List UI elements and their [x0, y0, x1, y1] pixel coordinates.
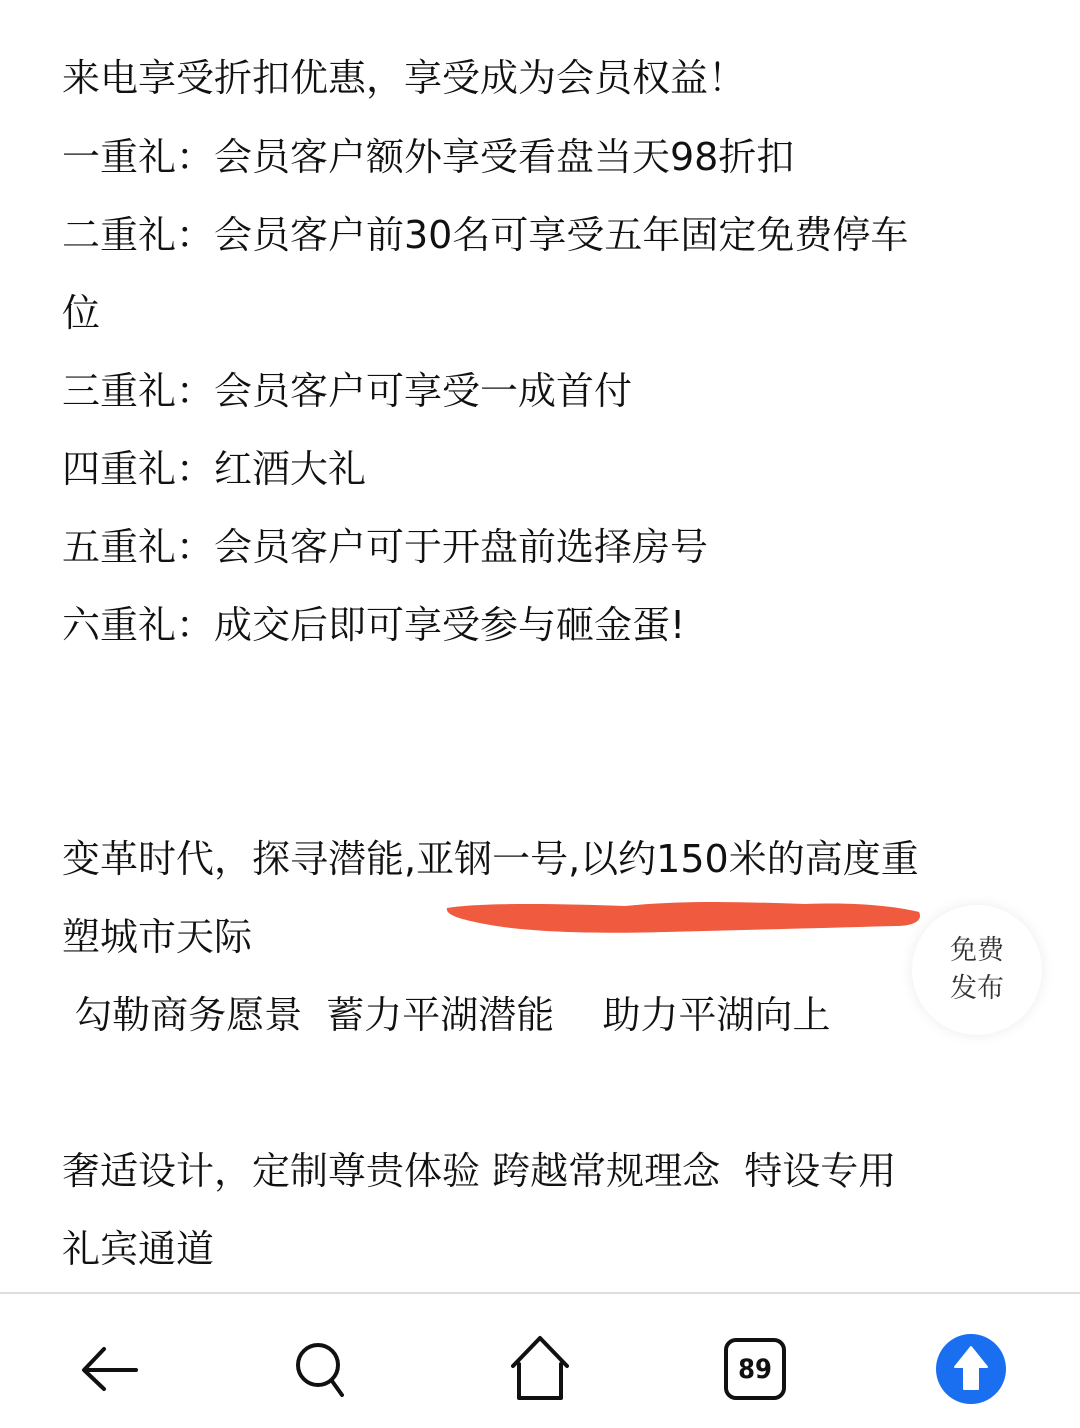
gift-2-line-cont: 位: [62, 289, 100, 337]
search-icon: [290, 1337, 354, 1401]
free-post-label-line2: 发布: [950, 970, 1004, 1008]
project-intro-line: 变革时代，探寻潜能,亚钢一号,以约150米的高度重: [62, 835, 919, 883]
article-content: 来电享受折扣优惠，享受成为会员权益！ 一重礼：会员客户额外享受看盘当天98折扣 …: [0, 0, 1080, 1292]
red-annotation-scribble: [445, 898, 923, 938]
gift-2-line: 二重礼：会员客户前30名可享受五年固定免费停车: [62, 211, 908, 259]
home-icon: [505, 1334, 575, 1404]
home-button[interactable]: [495, 1324, 585, 1414]
bottom-navigation-bar: 89: [0, 1294, 1080, 1428]
tabs-count: 89: [724, 1338, 786, 1400]
search-button[interactable]: [277, 1324, 367, 1414]
scroll-to-top-button[interactable]: [926, 1324, 1016, 1414]
arrow-up-icon: [935, 1333, 1007, 1405]
tabs-button[interactable]: 89: [710, 1324, 800, 1414]
gift-5-line: 五重礼：会员客户可于开盘前选择房号: [62, 523, 708, 571]
free-post-button[interactable]: 免费 发布: [912, 905, 1042, 1035]
gift-6-line: 六重礼：成交后即可享受参与砸金蛋!: [62, 601, 685, 649]
back-arrow-icon: [76, 1337, 140, 1401]
design-line: 奢适设计，定制尊贵体验 跨越常规理念 特设专用: [62, 1147, 896, 1195]
gift-1-line: 一重礼：会员客户额外享受看盘当天98折扣: [62, 133, 794, 181]
free-post-label-line1: 免费: [950, 932, 1004, 970]
design-line-cont: 礼宾通道: [62, 1225, 214, 1273]
gift-3-line: 三重礼：会员客户可享受一成首付: [62, 367, 632, 415]
project-intro-line-cont: 塑城市天际: [62, 913, 252, 961]
gift-4-line: 四重礼：红酒大礼: [62, 445, 366, 493]
intro-line: 来电享受折扣优惠，享受成为会员权益！: [62, 54, 746, 102]
slogan-line: 勾勒商务愿景 蓄力平湖潜能 助力平湖向上: [62, 991, 831, 1039]
back-button[interactable]: [63, 1324, 153, 1414]
